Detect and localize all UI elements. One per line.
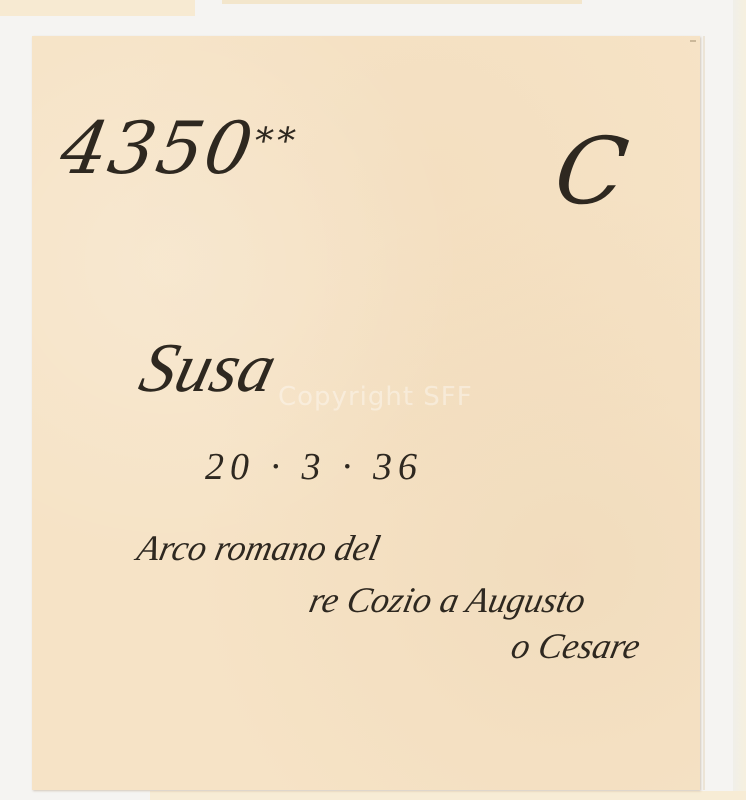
backing-paper-edge-right <box>733 0 746 800</box>
category-letter: C <box>550 126 633 218</box>
catalog-number-value: 4350 <box>55 106 261 190</box>
copyright-watermark: Copyright SFF <box>278 382 473 412</box>
paper-mark <box>690 40 696 42</box>
backing-paper-strip-bottom <box>150 791 746 800</box>
date: 20 · 3 · 36 <box>205 448 423 486</box>
backing-paper-strip-top <box>0 0 195 16</box>
card-edge-right <box>703 36 705 790</box>
catalog-number-suffix: ** <box>251 121 302 162</box>
catalog-number: 4350** <box>56 112 304 184</box>
backing-paper-strip-top-secondary <box>222 0 582 4</box>
place-name: Susa <box>133 334 283 404</box>
description-line-3: o Cesare <box>508 628 643 664</box>
description-line-2: re Cozio a Augusto <box>306 582 589 618</box>
description-line-1: Arco romano del <box>134 530 383 566</box>
